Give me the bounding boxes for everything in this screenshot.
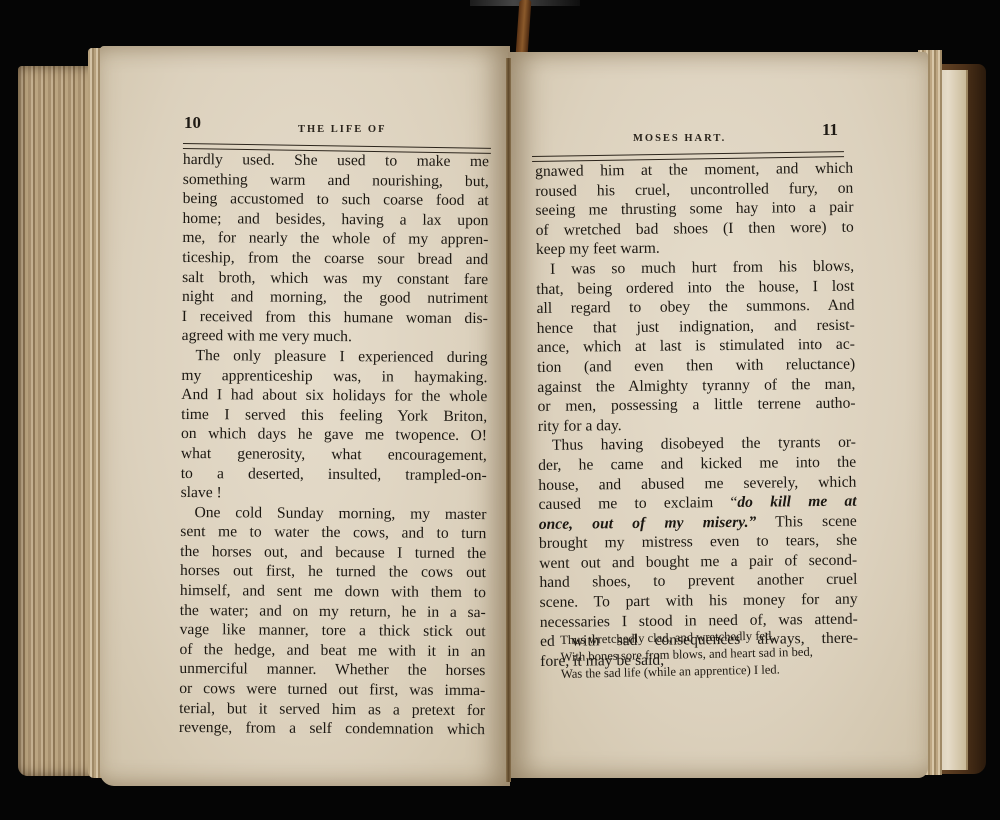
text-line: my apprenticeship was, in haymaking. [181,366,487,388]
text-line: slave ! [181,483,487,505]
text-line: vage like manner, tore a thick stick out [180,620,486,642]
book-gutter [506,58,511,782]
text-line: or men, possessing a little terrene auth… [537,394,855,417]
left-page-number: 10 [184,113,201,133]
text-line: salt broth, which was my constant fare [182,268,488,290]
text-line: gnawed him at the moment, and which [535,159,853,182]
text-segment: caused me to exclaim “ [538,494,737,513]
text-line: tion (and even then with reluctance) [537,355,855,378]
text-line: on which days he gave me twopence. O! [181,424,487,446]
right-running-head: MOSES HART. [633,133,726,144]
text-line: what generosity, what encouragement, [181,444,487,466]
text-line: terial, but it served him as a pretext f… [179,699,485,721]
text-line: to a deserted, insulted, trampled-on- [181,463,487,485]
text-line: of the hedge, and beat me with it in an [179,640,485,662]
text-line: der, he came and kicked me into the [538,453,856,476]
text-line: I received from this humane woman dis- [182,307,488,329]
text-segment: This scene [756,512,857,530]
text-line: horses out first, he turned the cows out [180,561,486,583]
text-line: I was so much hurt from his blows, [536,257,854,280]
text-line: the water; and on my return, he in a sa- [180,601,486,623]
text-line: The only pleasure I experienced during [181,346,487,368]
left-running-head: THE LIFE OF [298,124,387,135]
right-page-number: 11 [822,120,838,140]
text-line: or cows were turned out first, was imma- [179,679,485,701]
italic-exclamation: do kill me at [737,493,856,511]
text-line: something warm and nourishing, but, [183,170,489,192]
text-line: And I had about six holidays for the who… [181,385,487,407]
text-line: night and morning, the good nutriment [182,287,488,309]
text-line: sent me to water the cows, and to turn [180,522,486,544]
text-line: hardly used. She used to make me [183,150,489,172]
text-line: himself, and sent me down with them to [180,581,486,603]
text-line: ticeship, from the coarse sour bread and [182,248,488,270]
verse-stanza: Thus wretchedly clad, and wretchedly fed… [560,626,861,683]
book-photo: 10 THE LIFE OF MOSES HART. 11 hardly use… [0,0,1000,820]
text-line: revenge, from a self condemnation which [179,718,485,740]
text-line: being accustomed to such coarse food at [183,189,489,211]
text-line: home; and besides, having a lax upon [182,209,488,231]
right-page-body: gnawed him at the moment, and which rous… [535,159,858,672]
text-line: me, for nearly the whole of my appren- [182,228,488,250]
text-line: of wretched bad shoes (I then wore) to [536,217,854,240]
text-line: One cold Sunday morning, my master [180,503,486,525]
text-line: the horses out, and because I turned the [180,542,486,564]
text-line: time I served this feeling York Briton, [181,405,487,427]
text-line: agreed with me very much. [182,326,488,348]
italic-exclamation-cont: once, out of my misery.” [539,513,757,532]
text-line: unmerciful manner. Whether the horses [179,659,485,681]
left-page-body: hardly used. She used to make me somethi… [179,150,489,740]
